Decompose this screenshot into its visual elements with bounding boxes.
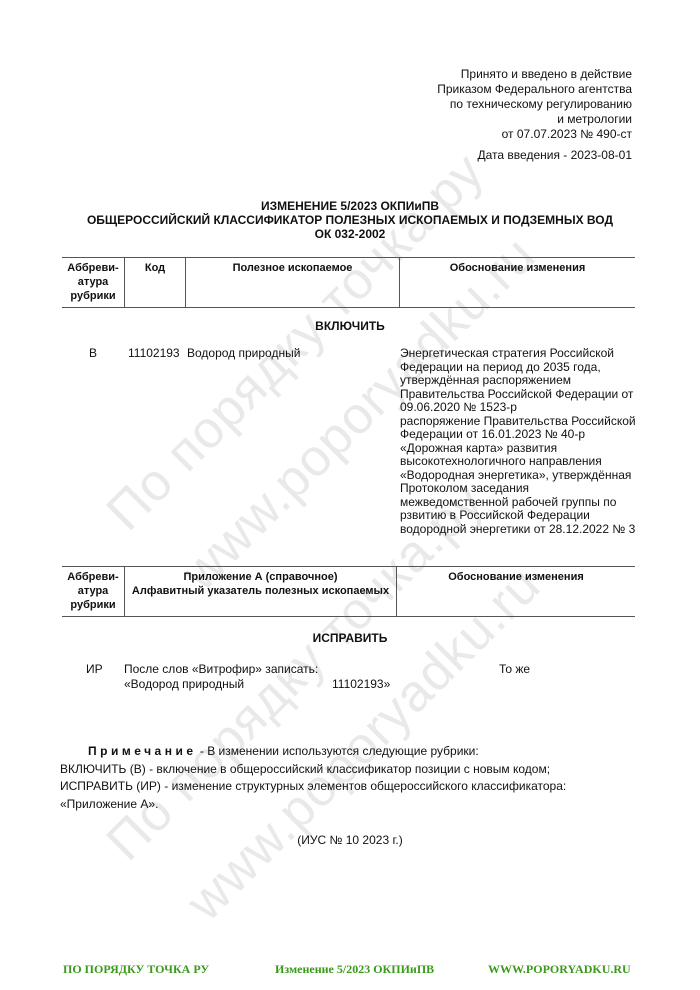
header-appendix: Приложение А (справочное) Алфавитный ука… xyxy=(125,567,397,617)
note-line: ИСПРАВИТЬ (ИР) - изменение структурных э… xyxy=(60,778,566,796)
note-line: «Приложение А». xyxy=(60,796,566,814)
section-include: ВКЛЮЧИТЬ xyxy=(0,319,700,333)
justification-line: «Дорожная карта» развития xyxy=(400,442,636,456)
document-page: Принято и введено в действие Приказом Фе… xyxy=(0,0,700,990)
document-title: ИЗМЕНЕНИЕ 5/2023 ОКПИиПВ ОБЩЕРОССИЙСКИЙ … xyxy=(0,199,700,241)
row-justification: Энергетическая стратегия Российской Феде… xyxy=(400,347,636,536)
row-text-line: После слов «Витрофир» записать: xyxy=(124,663,318,677)
note-label: Примечание xyxy=(88,744,197,758)
justification-line: высокотехнологичного направления xyxy=(400,455,636,469)
row-justification: То же xyxy=(499,663,530,677)
approval-line: Принято и введено в действие xyxy=(437,67,632,82)
justification-line: Протоколом заседания xyxy=(400,482,636,496)
row-mineral: Водород природный xyxy=(187,347,300,361)
table2-header: Аббреви- атура рубрики Приложение А (спр… xyxy=(62,566,635,617)
header-abbr-line: атура xyxy=(65,275,121,289)
row-text-code: 11102193» xyxy=(332,678,390,692)
header-mineral: Полезное ископаемое xyxy=(186,258,400,308)
footer-left: ПО ПОРЯДКУ ТОЧКА РУ xyxy=(63,962,209,977)
header-abbr-line: рубрики xyxy=(65,598,121,612)
approval-block: Принято и введено в действие Приказом Фе… xyxy=(437,67,632,142)
row-abbr: В xyxy=(89,347,97,361)
justification-line: рзвитию в Российской Федерации xyxy=(400,509,636,523)
header-abbr: Аббреви- атура рубрики xyxy=(62,258,125,308)
note-intro: - В изменении используются следующие руб… xyxy=(197,744,479,758)
header-abbr: Аббреви- атура рубрики xyxy=(62,567,125,617)
title-line: ИЗМЕНЕНИЕ 5/2023 ОКПИиПВ xyxy=(0,199,700,213)
footer-center: Изменение 5/2023 ОКПИиПВ xyxy=(275,962,434,977)
header-justification: Обоснование изменения xyxy=(397,567,636,617)
justification-line: межведомственной рабочей группы по xyxy=(400,496,636,510)
note-intro-line: Примечание - В изменении используются сл… xyxy=(88,743,566,761)
justification-line: Федерации от 16.01.2023 № 40-р xyxy=(400,428,636,442)
header-justification: Обоснование изменения xyxy=(400,258,636,308)
title-line: ОБЩЕРОССИЙСКИЙ КЛАССИФИКАТОР ПОЛЕЗНЫХ ИС… xyxy=(0,213,700,227)
approval-line: от 07.07.2023 № 490-ст xyxy=(437,127,632,142)
header-appendix-line: Приложение А (справочное) xyxy=(128,570,393,584)
header-abbr-line: Аббреви- xyxy=(65,570,121,584)
header-abbr-line: Аббреви- xyxy=(65,261,121,275)
justification-line: 09.06.2020 № 1523-р xyxy=(400,401,636,415)
justification-line: Энергетическая стратегия Российской xyxy=(400,347,636,361)
header-abbr-line: рубрики xyxy=(65,289,121,303)
header-abbr-line: атура xyxy=(65,584,121,598)
section-correct: ИСПРАВИТЬ xyxy=(0,631,700,645)
justification-line: распоряжение Правительства Российской xyxy=(400,415,636,429)
header-code: Код xyxy=(125,258,186,308)
justification-line: Федерации на период до 2035 года, xyxy=(400,361,636,375)
ius-reference: (ИУС № 10 2023 г.) xyxy=(0,833,700,847)
footer-right-link[interactable]: WWW.POPORYADKU.RU xyxy=(488,962,631,977)
row-abbr: ИР xyxy=(86,663,103,677)
justification-line: «Водородная энергетика», утверждённая xyxy=(400,469,636,483)
note-block: Примечание - В изменении используются сл… xyxy=(88,743,566,813)
header-appendix-line: Алфавитный указатель полезных ископаемых xyxy=(128,584,393,598)
title-line: ОК 032-2002 xyxy=(0,227,700,241)
introduction-date: Дата введения - 2023-08-01 xyxy=(478,148,632,162)
approval-line: и метрологии xyxy=(437,112,632,127)
table1-header: Аббреви- атура рубрики Код Полезное иско… xyxy=(62,257,635,308)
note-line: ВКЛЮЧИТЬ (В) - включение в общероссийски… xyxy=(60,761,566,779)
justification-line: утверждённая распоряжением xyxy=(400,374,636,388)
justification-line: водородной энергетики от 28.12.2022 № 3 xyxy=(400,523,636,537)
row-text-name: «Водород природный xyxy=(124,678,244,692)
approval-line: Приказом Федерального агентства xyxy=(437,82,632,97)
approval-line: по техническому регулированию xyxy=(437,97,632,112)
justification-line: Правительства Российской Федерации от xyxy=(400,388,636,402)
row-code: 11102193 xyxy=(128,347,180,361)
